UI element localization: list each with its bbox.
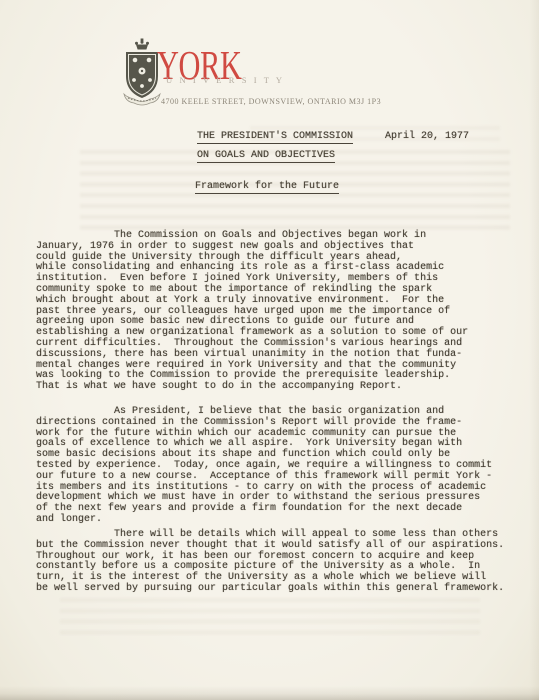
commission-title-line1: THE PRESIDENT'S COMMISSION xyxy=(197,131,353,144)
body-text-line: discussions, there has been virtual unan… xyxy=(36,350,468,361)
commission-title-line2: ON GOALS AND OBJECTIVES xyxy=(197,150,335,163)
body-text-line: directions contained in the Commission's… xyxy=(36,418,492,429)
paragraph-3: There will be details which will appeal … xyxy=(36,530,504,595)
paragraph-2: As President, I believe that the basic o… xyxy=(36,407,492,526)
york-university-crest-icon xyxy=(122,38,162,110)
body-text-line: our future to a new course. Acceptance o… xyxy=(36,472,492,483)
university-subtitle: U N I V E R S I T Y xyxy=(166,75,285,85)
commission-title-line2-text: ON GOALS AND OBJECTIVES xyxy=(197,150,335,163)
commission-title-line1-text: THE PRESIDENT'S COMMISSION xyxy=(197,131,353,144)
body-text-line: and longer. xyxy=(36,515,492,526)
body-text-line: January, 1976 in order to suggest new go… xyxy=(36,242,468,253)
document-subtitle-text: Framework for the Future xyxy=(195,181,339,194)
body-text-line: which brought about at York a truly inno… xyxy=(36,296,468,307)
bleed-through-artifact xyxy=(60,598,480,638)
body-text-line: but the Commission never thought that it… xyxy=(36,541,504,552)
body-text-line: be well served by pursuing our particula… xyxy=(36,584,504,595)
body-text-line: of the next few years and provide a firm… xyxy=(36,504,492,515)
document-date: April 20, 1977 xyxy=(385,131,469,142)
paragraph-1: The Commission on Goals and Objectives b… xyxy=(36,231,468,393)
document-subtitle: Framework for the Future xyxy=(195,181,339,194)
body-text-line: That is what we have sought to do in the… xyxy=(36,382,468,393)
letterhead-address: 4700 KEELE STREET, DOWNSVIEW, ONTARIO M3… xyxy=(161,97,381,106)
scanned-letter-page: YORK U N I V E R S I T Y 4700 KEELE STRE… xyxy=(0,0,539,700)
